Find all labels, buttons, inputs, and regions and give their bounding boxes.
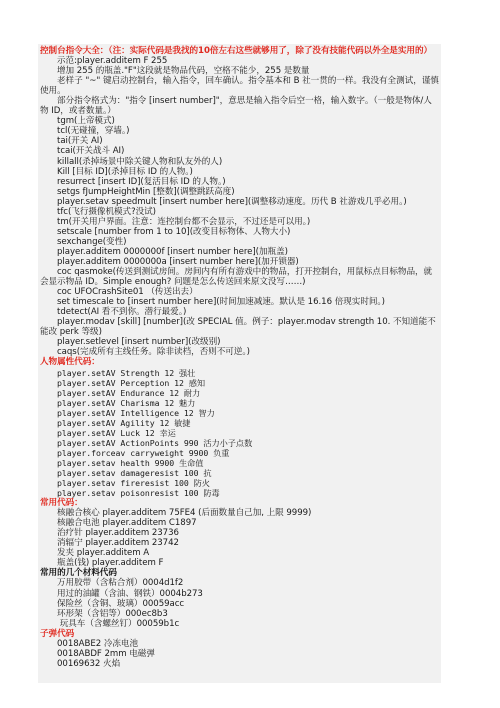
list-item: player.setAV Intelligence 12 智力	[40, 408, 439, 418]
list-item: player.modav [skill] [number](改 SPECIAL …	[40, 317, 439, 337]
intro-howto: 老样子 "~" 键启动控制台，输入指令，回车确认。指令基本和 B 社一贯的一样。…	[40, 76, 439, 96]
console-command-list: tgm(上帝模式) tcl(无碰撞，穿墙。) tai(开关 AI) tcai(开…	[40, 116, 439, 357]
list-item: setscale [number from 1 to 10](改变目标物体、人物…	[40, 227, 439, 237]
common-code-list: 核融合核心 player.additem 75FE4 (后面数量自己加, 上限 …	[40, 508, 439, 568]
list-item: 保险丝（含铜、玻璃）00059acc	[40, 599, 439, 609]
document-content: 控制台指令大全：（注：实际代码是我找的10倍左右这些就够用了，除了没有技能代码以…	[38, 44, 441, 683]
list-item: coc UFOCrashSite01 （传送出去）	[40, 287, 439, 297]
intro-example: 示范:player.additem F 255	[40, 56, 439, 66]
list-item: 0018ABDF 2mm 电磁弹	[40, 649, 439, 659]
list-item: tfc(飞行摄像机模式?没试)	[40, 207, 439, 217]
list-item: player.setav health 9900 生命值	[40, 458, 439, 468]
list-item: resurrect [insert ID](复活目标 ID 的人物。)	[40, 177, 439, 187]
list-item: player.setAV Agility 12 敏捷	[40, 418, 439, 428]
list-item: killall(杀掉场景中除关键人物和队友外的人)	[40, 157, 439, 167]
ammo-heading: 子弹代码	[40, 629, 439, 639]
list-item: player.setAV Strength 12 强壮	[40, 368, 439, 378]
list-item: sexchange(变性)	[40, 237, 439, 247]
list-item: player.setav damageresist 100 抗	[40, 468, 439, 478]
list-item: caqs(完成所有主线任务。除非读档，否则不可逆。)	[40, 347, 439, 357]
material-list: 万用胶带（含粘合剂）0004d1f2 用过的油罐（含油、钢铁）0004b273 …	[40, 578, 439, 628]
list-item: 环形架（含铝等）000ec8b3	[40, 609, 439, 619]
list-item: setgs fJumpHeightMin [整数](调整跳跃高度)	[40, 187, 439, 197]
list-item: player.forceav carryweight 9900 负重	[40, 448, 439, 458]
list-item: set timescale to [insert number here](时间…	[40, 297, 439, 307]
list-item: tai(开关 AI)	[40, 136, 439, 146]
list-item: 瓶盖(钱) player.additem F	[40, 558, 439, 568]
intro-example-note: 增加 255 的瓶盖."F"这段就是物品代码，空格不能少，255 是数量	[40, 66, 439, 76]
list-item: 核融合电池 player.additem C1897	[40, 518, 439, 528]
list-item: player.setAV Perception 12 感知	[40, 378, 439, 388]
attribute-list: player.setAV Strength 12 强壮 player.setAV…	[40, 368, 439, 499]
list-item: Kill [目标 ID](杀掉目标 ID 的人物。)	[40, 167, 439, 177]
list-item: player.setAV ActionPoints 990 活力小子点数	[40, 438, 439, 448]
list-item: 万用胶带（含粘合剂）0004d1f2	[40, 578, 439, 588]
list-item: 0018ABE2 冷冻电池	[40, 639, 439, 649]
intro-format: 部分指令格式为："指令 [insert number]"，意思是输入指令后空一格…	[40, 96, 439, 116]
list-item: player.additem 0000000f [insert number h…	[40, 247, 439, 257]
list-item: player.setav speedmult [insert number he…	[40, 197, 439, 207]
materials-heading: 常用的几个材料代码	[40, 568, 439, 578]
list-item: 消辐宁 player.additem 23742	[40, 538, 439, 548]
ammo-list: 0018ABE2 冷冻电池 0018ABDF 2mm 电磁弹 00169632 …	[40, 639, 439, 669]
list-item: 00169632 火焰	[40, 659, 439, 669]
list-item: coc qasmoke(传送到测试房间。房间内有所有游戏中的物品，打开控制台，用…	[40, 267, 439, 287]
document-title: 控制台指令大全：（注：实际代码是我找的10倍左右这些就够用了，除了没有技能代码以…	[40, 46, 439, 56]
list-item: player.setAV Charisma 12 魅力	[40, 398, 439, 408]
list-item: tm(开关用户界面。注意：连控制台都不会显示，不过还是可以用。)	[40, 217, 439, 227]
list-item: 用过的油罐（含油、钢铁）0004b273	[40, 589, 439, 599]
list-item: tcai(开关战斗 AI)	[40, 146, 439, 156]
attributes-heading: 人物属性代码：	[40, 357, 439, 367]
list-item: player.setAV Luck 12 幸运	[40, 428, 439, 438]
list-item: 玩具车（含螺丝钉）00059b1c	[40, 619, 439, 629]
list-item: player.setlevel [insert number](改级别)	[40, 337, 439, 347]
list-item: player.setAV Endurance 12 耐力	[40, 388, 439, 398]
list-item: tgm(上帝模式)	[40, 116, 439, 126]
list-item: tcl(无碰撞，穿墙。)	[40, 126, 439, 136]
list-item: player.setav poisonresist 100 防毒	[40, 488, 439, 498]
list-item: 发夹 player.additem A	[40, 548, 439, 558]
list-item: player.setav fireresist 100 防火	[40, 478, 439, 488]
list-item: 治疗针 player.additem 23736	[40, 528, 439, 538]
common-codes-heading: 常用代码：	[40, 498, 439, 508]
list-item: 核融合核心 player.additem 75FE4 (后面数量自己加, 上限 …	[40, 508, 439, 518]
list-item: player.additem 0000000a [insert number h…	[40, 257, 439, 267]
list-item: tdetect(AI 看不到你。潜行最爱。)	[40, 307, 439, 317]
